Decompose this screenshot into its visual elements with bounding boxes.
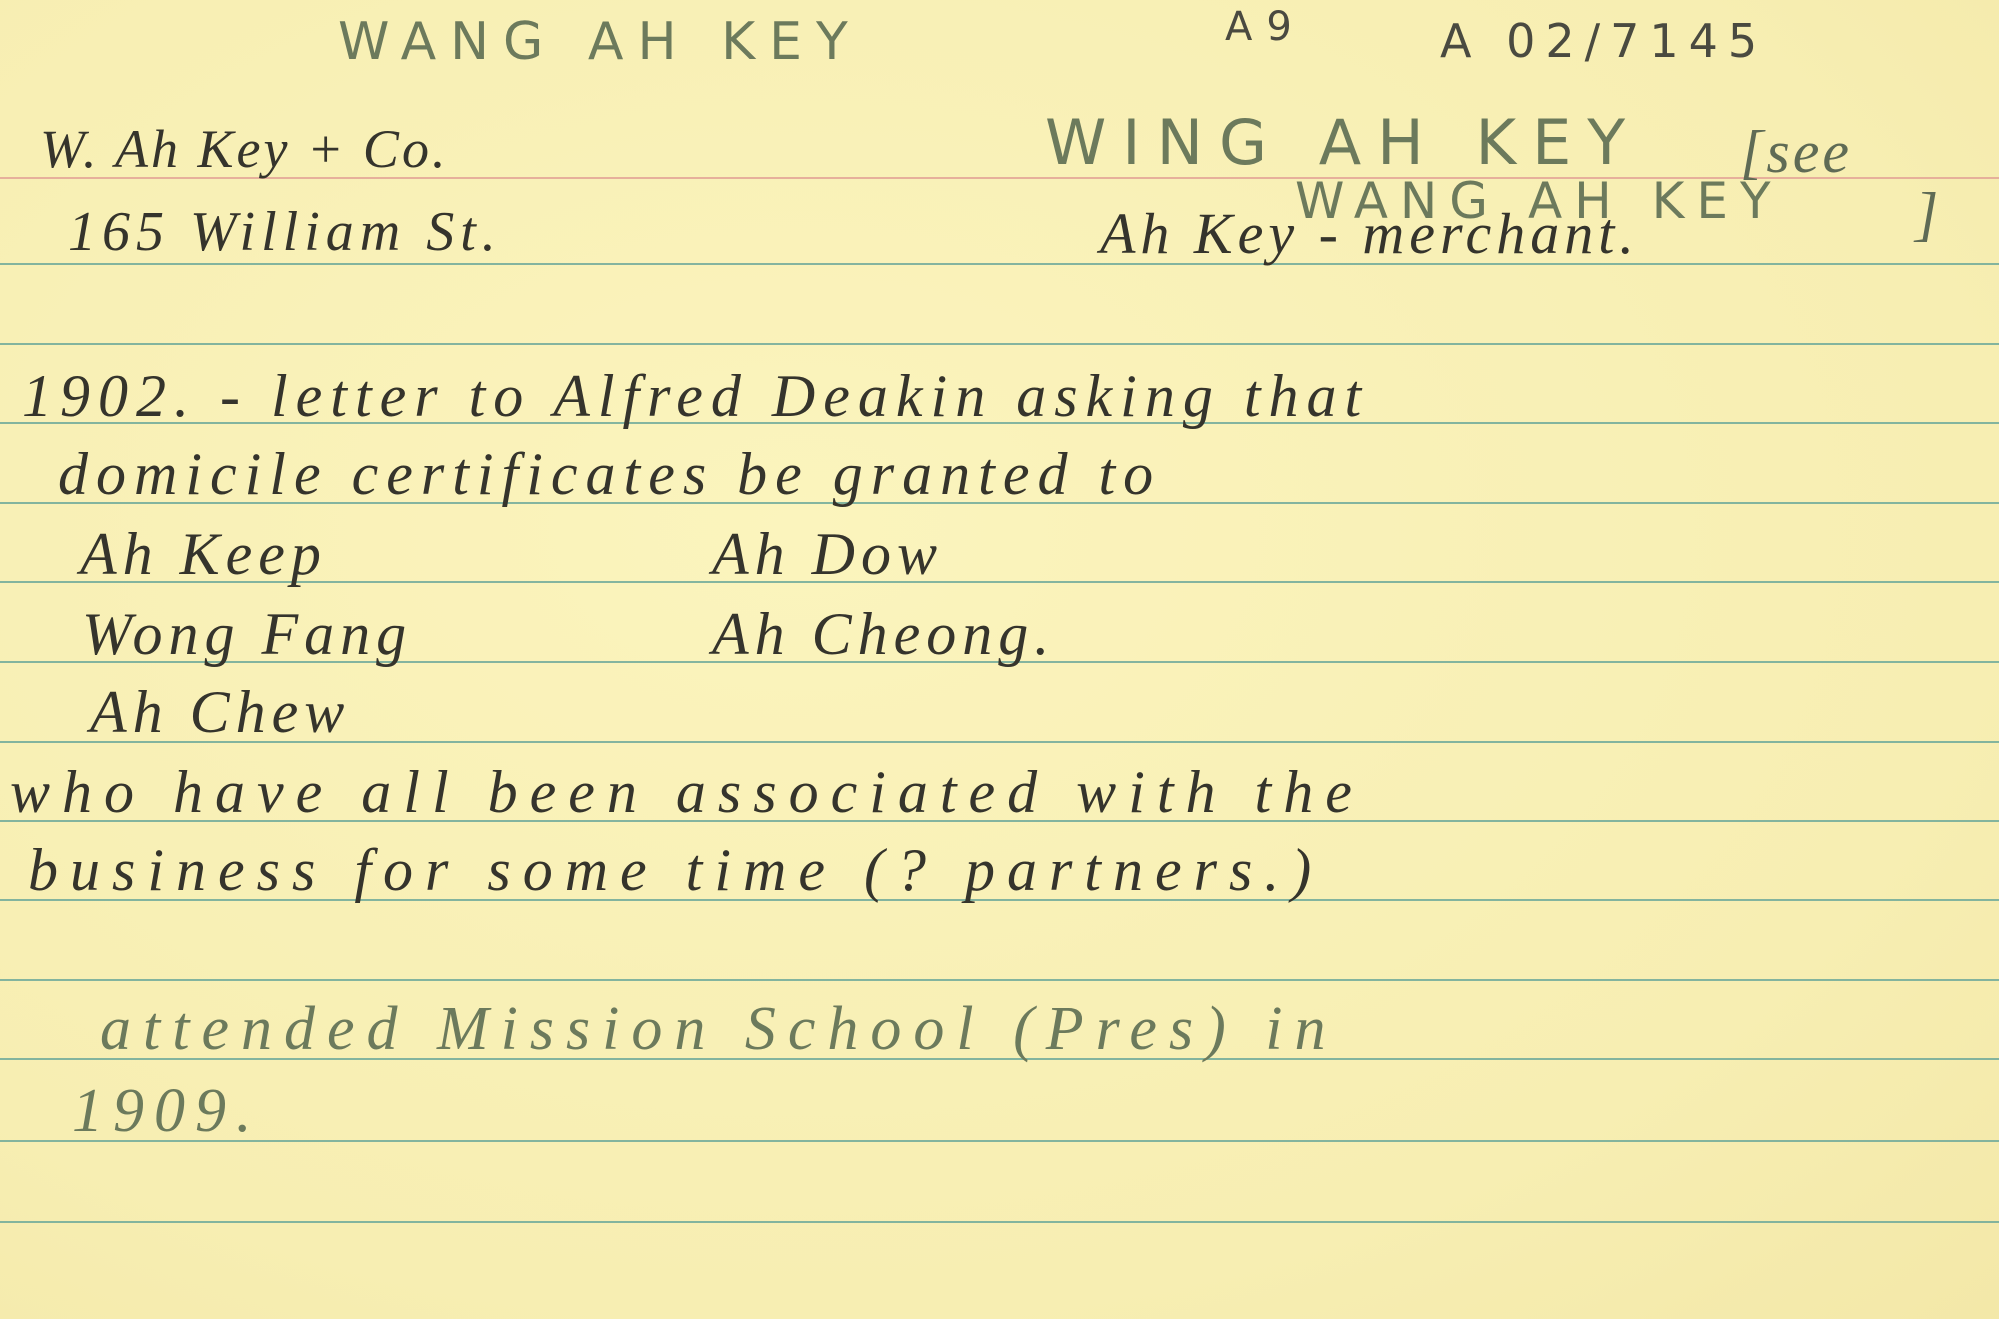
header-reference: A9 [1225, 4, 1306, 50]
rule-line [0, 1140, 1999, 1142]
alias-description: Ah Key - merchant. [1100, 200, 1639, 267]
header-name: WANG AH KEY [338, 12, 862, 72]
body-line-1: 1902. - letter to Alfred Deakin asking t… [22, 362, 1369, 431]
rule-line [0, 343, 1999, 345]
name-entry: Ah Keep [80, 520, 327, 589]
body-line-7: business for some time (? partners.) [28, 836, 1323, 905]
note-line-1: attended Mission School (Pres) in [100, 994, 1337, 1065]
alias-name: WING AH KEY [1045, 106, 1641, 179]
note-line-2: 1909. [72, 1076, 262, 1147]
name-entry: Ah Chew [90, 678, 350, 747]
body-line-2: domicile certificates be granted to [58, 440, 1161, 509]
alias-see-close: ] [1915, 180, 1941, 249]
name-entry: Wong Fang [82, 600, 412, 669]
business-address: 165 William St. [68, 200, 502, 264]
body-line-6: who have all been associated with the [10, 758, 1364, 827]
index-card: WANG AH KEY A9 A 02/7145 W. Ah Key + Co.… [0, 0, 1999, 1319]
header-series: A 02/7145 [1440, 14, 1767, 68]
name-entry: Ah Cheong. [712, 600, 1055, 669]
rule-line [0, 979, 1999, 981]
business-firm: W. Ah Key + Co. [40, 118, 448, 180]
rule-line [0, 1221, 1999, 1223]
name-entry: Ah Dow [712, 520, 943, 589]
